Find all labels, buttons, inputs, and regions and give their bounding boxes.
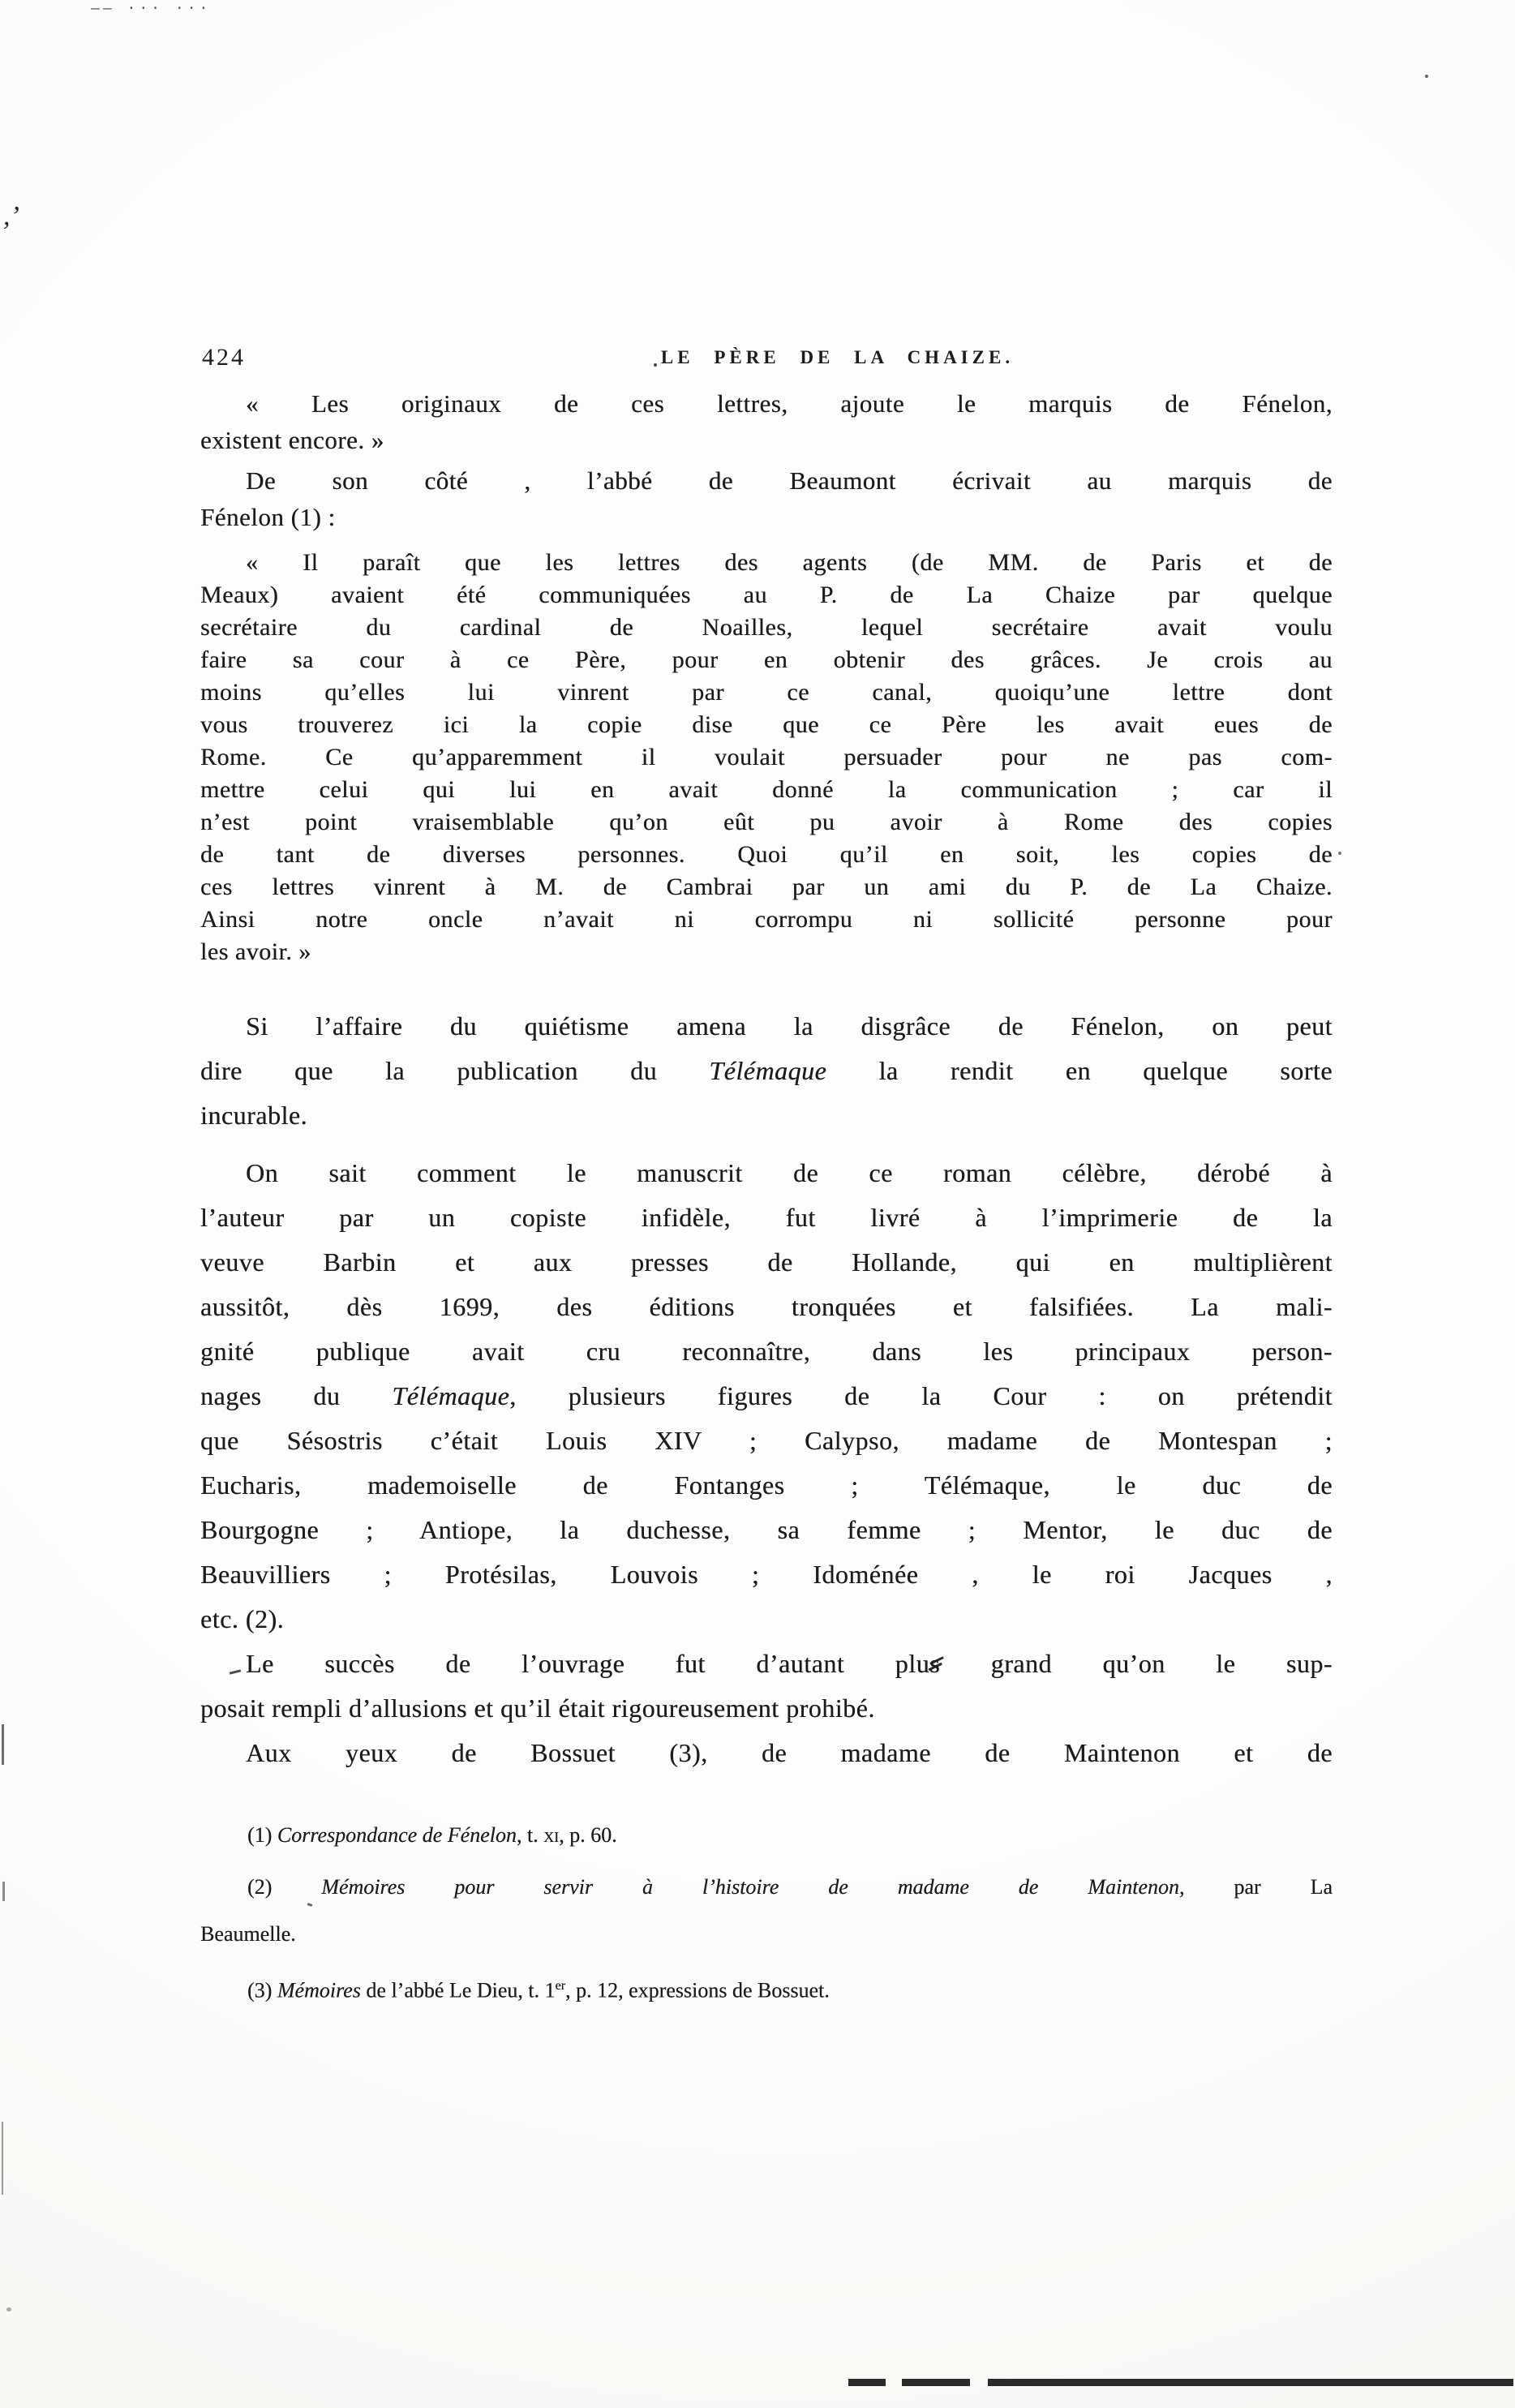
footnote-work-title: Correspondance de Fénelon xyxy=(277,1823,517,1847)
text-segment: , p. 12, expressions de Bossuet. xyxy=(565,1979,830,2002)
text-line: moins qu’elles lui vinrent par ce canal,… xyxy=(200,676,1333,709)
scan-artifact-margin-line xyxy=(2,2122,3,2195)
paragraph-originals-quote: « Les originaux de ces lettres, ajoute l… xyxy=(200,385,1333,458)
running-title: LE PÈRE DE LA CHAIZE. xyxy=(200,347,1333,368)
scan-artifact-margin-line xyxy=(2,1724,4,1765)
footnote-1: (1) Correspondance de Fénelon, t. xi, p.… xyxy=(200,1812,1333,1859)
text-line: Ainsi notre oncle n’avait ni corrompu ni… xyxy=(200,904,1333,936)
text-line: On sait comment le manuscrit de ce roman… xyxy=(200,1151,1333,1195)
scan-artifact-dot xyxy=(1338,852,1341,855)
text-segment: , t. xyxy=(517,1823,543,1847)
text-line: ces lettres vinrent à M. de Cambrai par … xyxy=(200,871,1333,904)
text-line: aussitôt, dès 1699, des éditions tronqué… xyxy=(200,1285,1333,1329)
text-line: Meaux) avaient été communiquées au P. de… xyxy=(200,579,1333,612)
book-title-telemaque: Télémaque xyxy=(709,1056,826,1085)
text-column: 424 LE PÈRE DE LA CHAIZE. « Les originau… xyxy=(200,0,1333,2020)
paragraph-long-quote: « Il paraît que les lettres des agents (… xyxy=(200,547,1333,968)
scan-artifact-top-marks: –– ··· ··· xyxy=(91,0,211,17)
text-line: incurable. xyxy=(200,1093,1333,1138)
footnote-3: (3) Mémoires de l’abbé Le Dieu, t. 1er, … xyxy=(200,1963,1333,2015)
text-line: De son côté , l’abbé de Beaumont écrivai… xyxy=(200,462,1333,499)
footnote-marker: (2) xyxy=(247,1875,321,1899)
scan-artifact-dot xyxy=(1425,75,1428,78)
text-line: de tant de diverses personnes. Quoi qu’i… xyxy=(200,839,1333,871)
text-segment: de l’abbé Le Dieu, t. 1 xyxy=(361,1979,556,2002)
text-line: vous trouverez ici la copie dise que ce … xyxy=(200,709,1333,741)
text-line: veuve Barbin et aux presses de Hollande,… xyxy=(200,1240,1333,1285)
text-segment: , p. 60. xyxy=(559,1823,617,1847)
footnote-2: (2) Mémoires pour servir à l’histoire de… xyxy=(200,1864,1333,1958)
text-line: Si l’affaire du quiétisme amena la disgr… xyxy=(200,1004,1333,1049)
footnote-line: (3) Mémoires de l’abbé Le Dieu, t. 1er, … xyxy=(200,1963,1333,2015)
text-line: gnité publique avait cru reconnaître, da… xyxy=(200,1329,1333,1374)
page-header: 424 LE PÈRE DE LA CHAIZE. xyxy=(200,344,1333,373)
text-line: etc. (2). xyxy=(200,1597,1333,1642)
footnote-line: (2) Mémoires pour servir à l’histoire de… xyxy=(200,1864,1333,1911)
text-line: « Les originaux de ces lettres, ajoute l… xyxy=(200,385,1333,422)
text-line: Beauvilliers ; Protésilas, Louvois ; Ido… xyxy=(200,1552,1333,1597)
scan-artifact-margin-mark: ,’ xyxy=(3,201,19,232)
text-segment: la rendit en quelque sorte xyxy=(826,1056,1333,1085)
scan-artifact-bottom-rule xyxy=(848,2379,1513,2386)
footnote-line: (1) Correspondance de Fénelon, t. xi, p.… xyxy=(200,1812,1333,1859)
paragraph-succes: Le succès de l’ouvrage fut d’autant plus… xyxy=(200,1642,1333,1731)
text-line: Fénelon (1) : xyxy=(200,499,1333,535)
roman-numeral: xi xyxy=(543,1823,559,1847)
text-line: dire que la publication du Télémaque la … xyxy=(200,1049,1333,1093)
footnote-marker: (3) xyxy=(247,1979,277,2002)
text-line: l’auteur par un copiste infidèle, fut li… xyxy=(200,1195,1333,1240)
footnotes-block: (1) Correspondance de Fénelon, t. xi, p.… xyxy=(200,1812,1333,2015)
text-line: faire sa cour à ce Père, pour en obtenir… xyxy=(200,644,1333,676)
footnote-work-title: Mémoires xyxy=(277,1979,361,2002)
text-segment: nages du xyxy=(200,1381,392,1410)
scan-artifact-dot xyxy=(6,2307,11,2311)
text-line: Eucharis, mademoiselle de Fontanges ; Té… xyxy=(200,1463,1333,1508)
text-line: « Il paraît que les lettres des agents (… xyxy=(200,547,1333,579)
paragraph-bossuet: Aux yeux de Bossuet (3), de madame de Ma… xyxy=(200,1731,1333,1775)
book-page-scan: –– ··· ··· ,’ 424 LE PÈRE DE LA CHAIZE. … xyxy=(0,0,1515,2408)
text-line: Rome. Ce qu’apparemment il voulait persu… xyxy=(200,741,1333,774)
text-line: existent encore. » xyxy=(200,422,1333,458)
scan-artifact-margin-line xyxy=(2,1882,5,1901)
footnote-work-title: Mémoires pour servir à l’histoire de mad… xyxy=(321,1875,1179,1899)
ordinal-superscript: er xyxy=(556,1979,566,1993)
text-line: mettre celui qui lui en avait donné la c… xyxy=(200,774,1333,806)
text-line: Aux yeux de Bossuet (3), de madame de Ma… xyxy=(200,1731,1333,1775)
text-segment: , plusieurs figures de la Cour : on prét… xyxy=(509,1381,1333,1410)
text-line: posait rempli d’allusions et qu’il était… xyxy=(200,1686,1333,1731)
text-line: secrétaire du cardinal de Noailles, lequ… xyxy=(200,612,1333,644)
book-title-telemaque: Télémaque xyxy=(392,1381,509,1410)
text-line: Bourgogne ; Antiope, la duchesse, sa fem… xyxy=(200,1508,1333,1552)
paragraph-quietisme: Si l’affaire du quiétisme amena la disgr… xyxy=(200,1004,1333,1138)
footnote-line: Beaumelle. xyxy=(200,1911,1333,1958)
paragraph-beaumont-intro: De son côté , l’abbé de Beaumont écrivai… xyxy=(200,462,1333,535)
text-line: Le succès de l’ouvrage fut d’autant plus… xyxy=(200,1642,1333,1686)
paragraph-manuscrit: On sait comment le manuscrit de ce roman… xyxy=(200,1151,1333,1642)
text-segment: , par La xyxy=(1179,1875,1333,1899)
text-line: n’est point vraisemblable qu’on eût pu a… xyxy=(200,806,1333,839)
text-line: les avoir. » xyxy=(200,936,1333,968)
footnote-marker: (1) xyxy=(247,1823,277,1847)
text-line: nages du Télémaque, plusieurs figures de… xyxy=(200,1374,1333,1419)
text-segment: dire que la publication du xyxy=(200,1056,709,1085)
text-line: que Sésostris c’était Louis XIV ; Calyps… xyxy=(200,1419,1333,1463)
